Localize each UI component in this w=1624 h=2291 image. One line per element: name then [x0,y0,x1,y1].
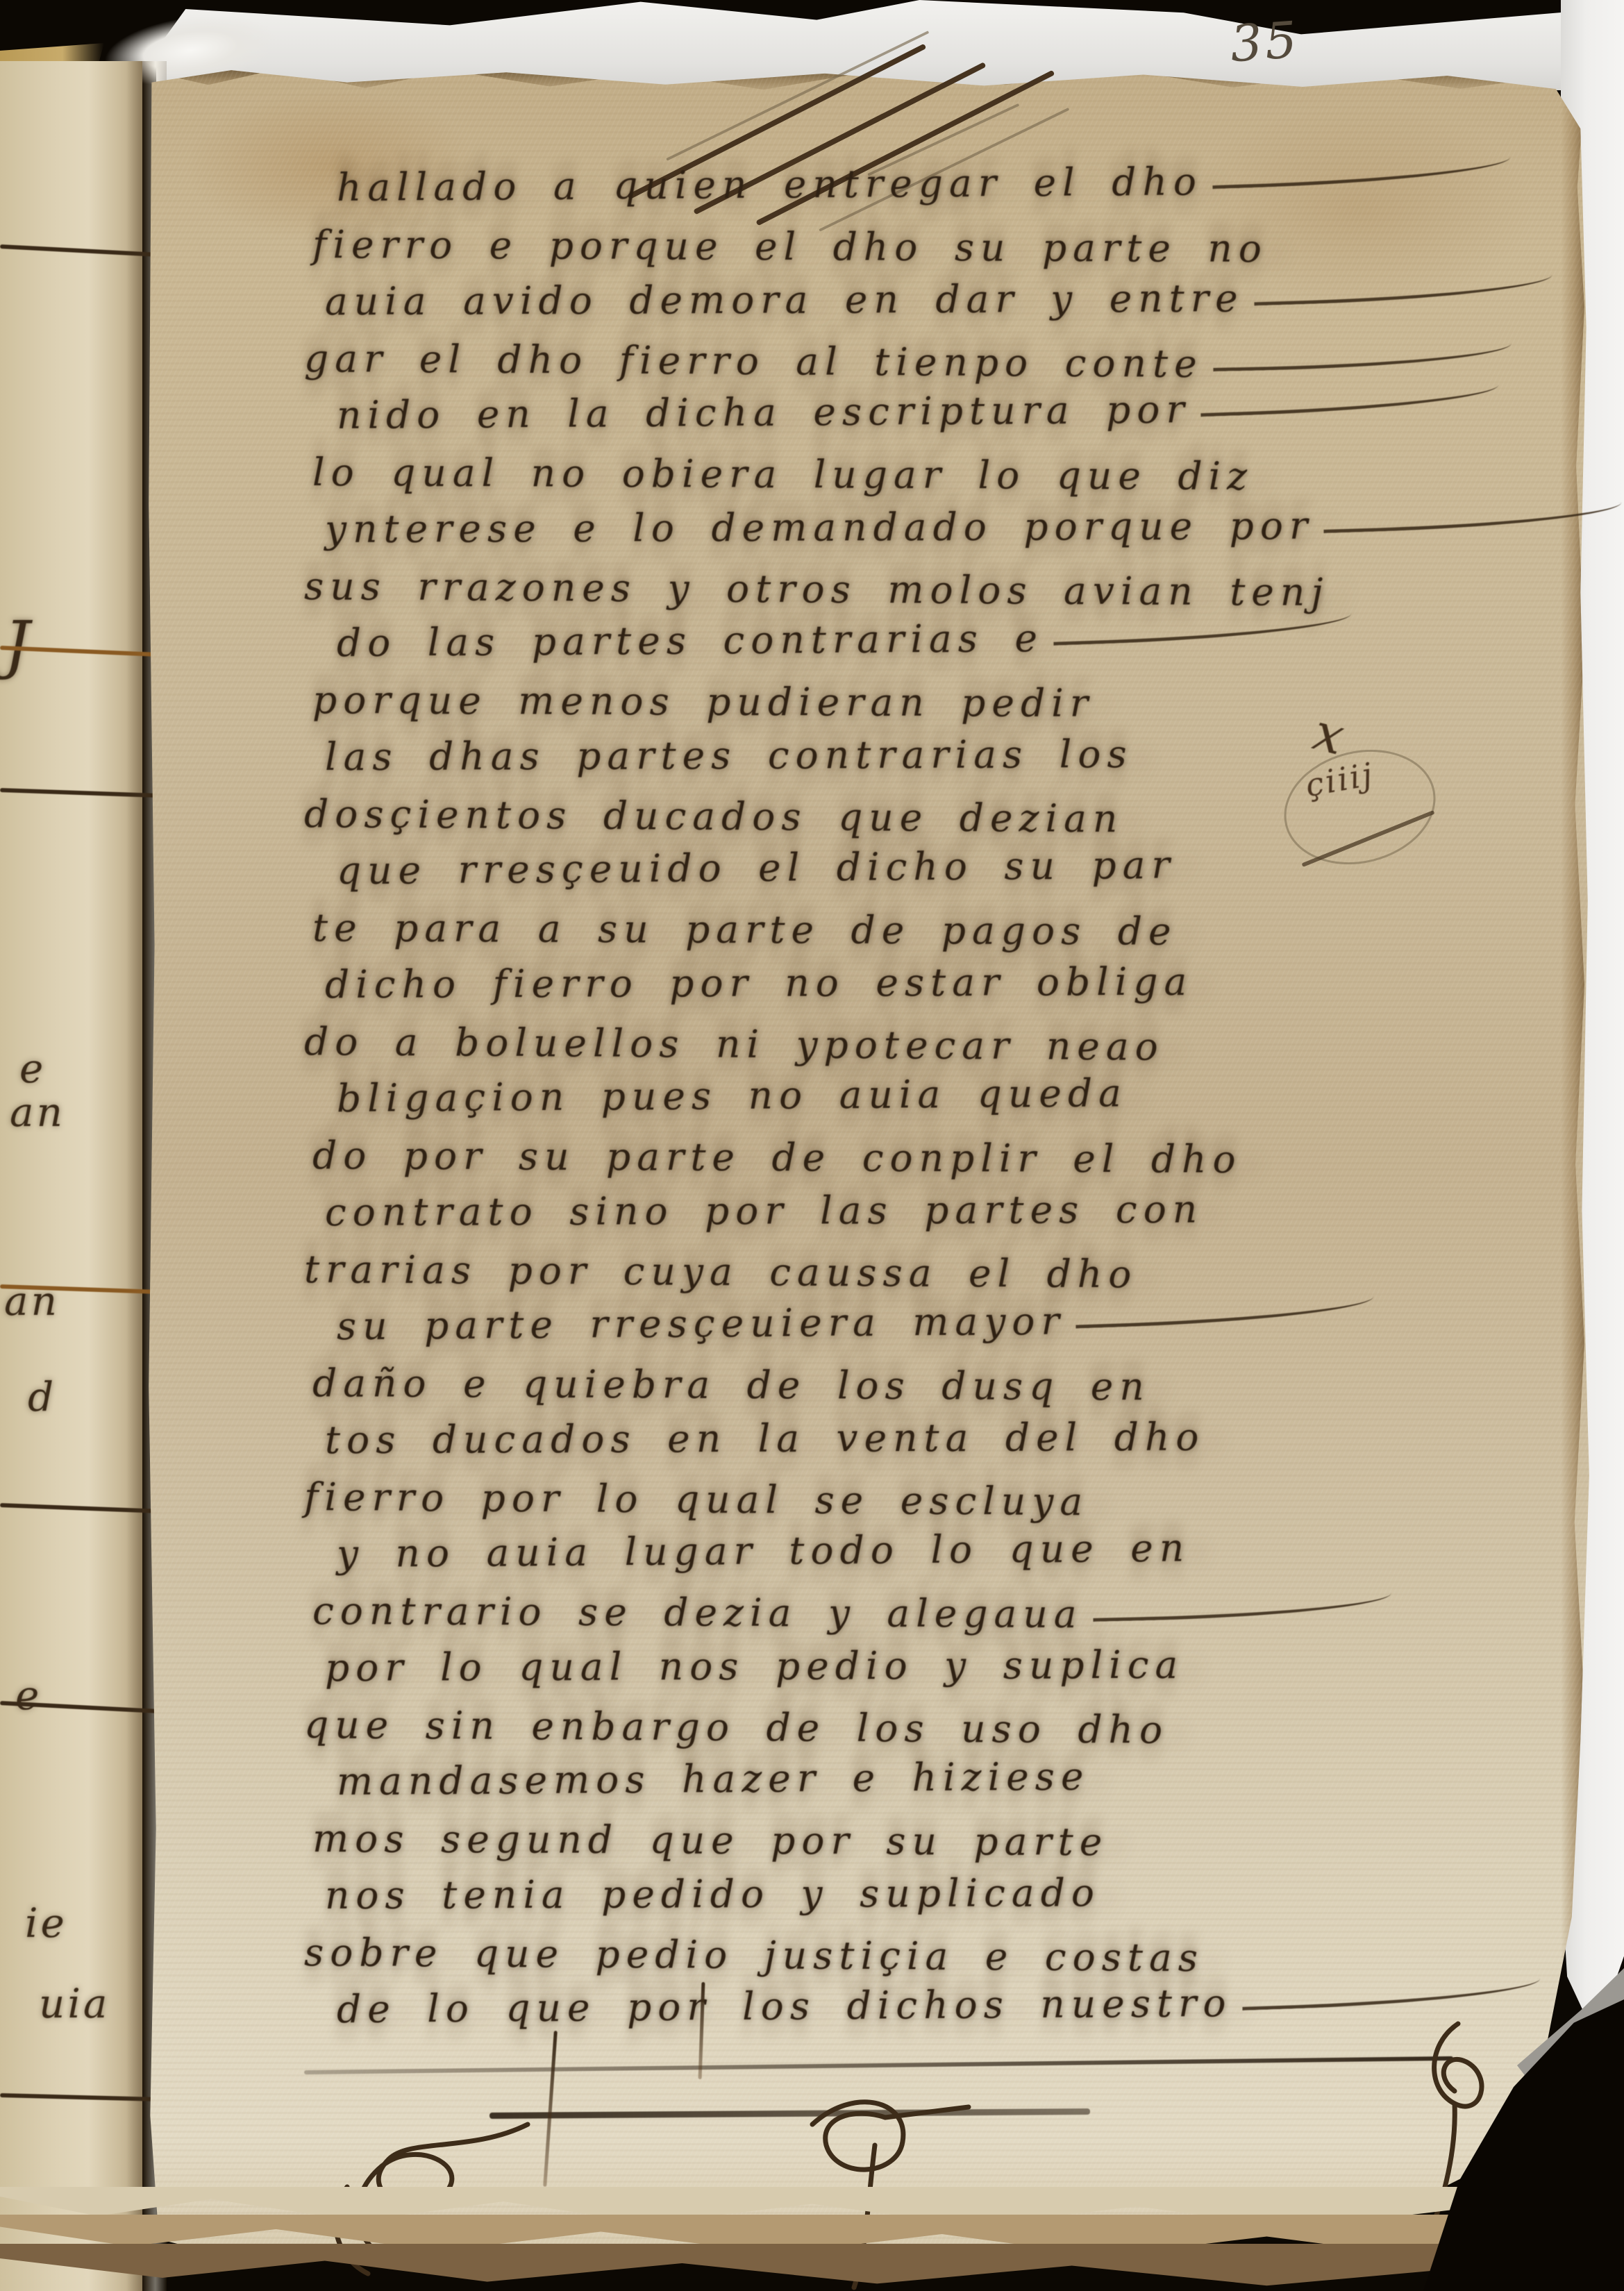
facing-page-fragment: e [19,1045,46,1092]
facing-page-fragment: d [28,1373,56,1420]
manuscript-line: ynterese e lo demandado porque por [325,503,1493,564]
edge-strip [0,2244,1624,2291]
manuscript-line: tos ducados en la venta del dho [325,1413,1493,1475]
manuscript-line: do las partes contrarias e [337,612,1493,678]
manuscript-line: contrario se dezia y alegaua [312,1588,1493,1650]
manuscript-line: te para a su parte de pagos de [312,905,1493,967]
manuscript-line: contrato sino por las partes con [325,1186,1493,1247]
facing-page-fragment: an [10,1089,65,1136]
facing-page-edge [0,61,142,2291]
manuscript-line: lo qual no obiera lugar lo que diz [312,450,1493,512]
facing-page-fragment: e [15,1672,42,1719]
folio-number: 35 [1228,10,1301,74]
manuscript-line: do por su parte de conplir el dho [312,1133,1493,1195]
manuscript-text-block: hallado a quien entregar el dho fierro e… [299,165,1493,2044]
manuscript-line: mandasemos hazer e hiziese [337,1751,1493,1816]
manuscript-line: fierro e porque el dho su parte no [312,222,1493,284]
manuscript-line: hallado a quien entregar el dho [337,157,1493,222]
backing-paper-top [156,0,1624,90]
manuscript-line: nido en la dicha escriptura por [337,385,1493,450]
manuscript-line: nos tenia pedido y suplicado [325,1869,1493,1930]
facing-page-fragment: J [4,607,33,682]
manuscript-line: bligaçion pues no auia queda [337,1068,1493,1133]
manuscript-line: dicho fierro por no estar obliga [325,958,1493,1019]
manuscript-line: de lo que por los dichos nuestro [337,1979,1493,2044]
manuscript-line: mos segund que por su parte [312,1816,1493,1878]
manuscript-line: y no auia lugar todo lo que en [337,1523,1493,1588]
facing-page-fragment: uia [39,1980,110,2027]
manuscript-line: por lo qual nos pedio y suplica [325,1641,1493,1702]
facing-page-fragment: ie [25,1899,67,1947]
manuscript-line: auia avido demora en dar y entre [325,275,1493,336]
manuscript-line: su parte rresçeuiera mayor [337,1295,1493,1361]
manuscript-line: daño e quiebra de los dusq en [312,1361,1493,1423]
page-bottom-torn-edge [0,2187,1624,2291]
manuscript-photo: J e an an d e ie uia 35 hallado a quien … [0,0,1624,2291]
